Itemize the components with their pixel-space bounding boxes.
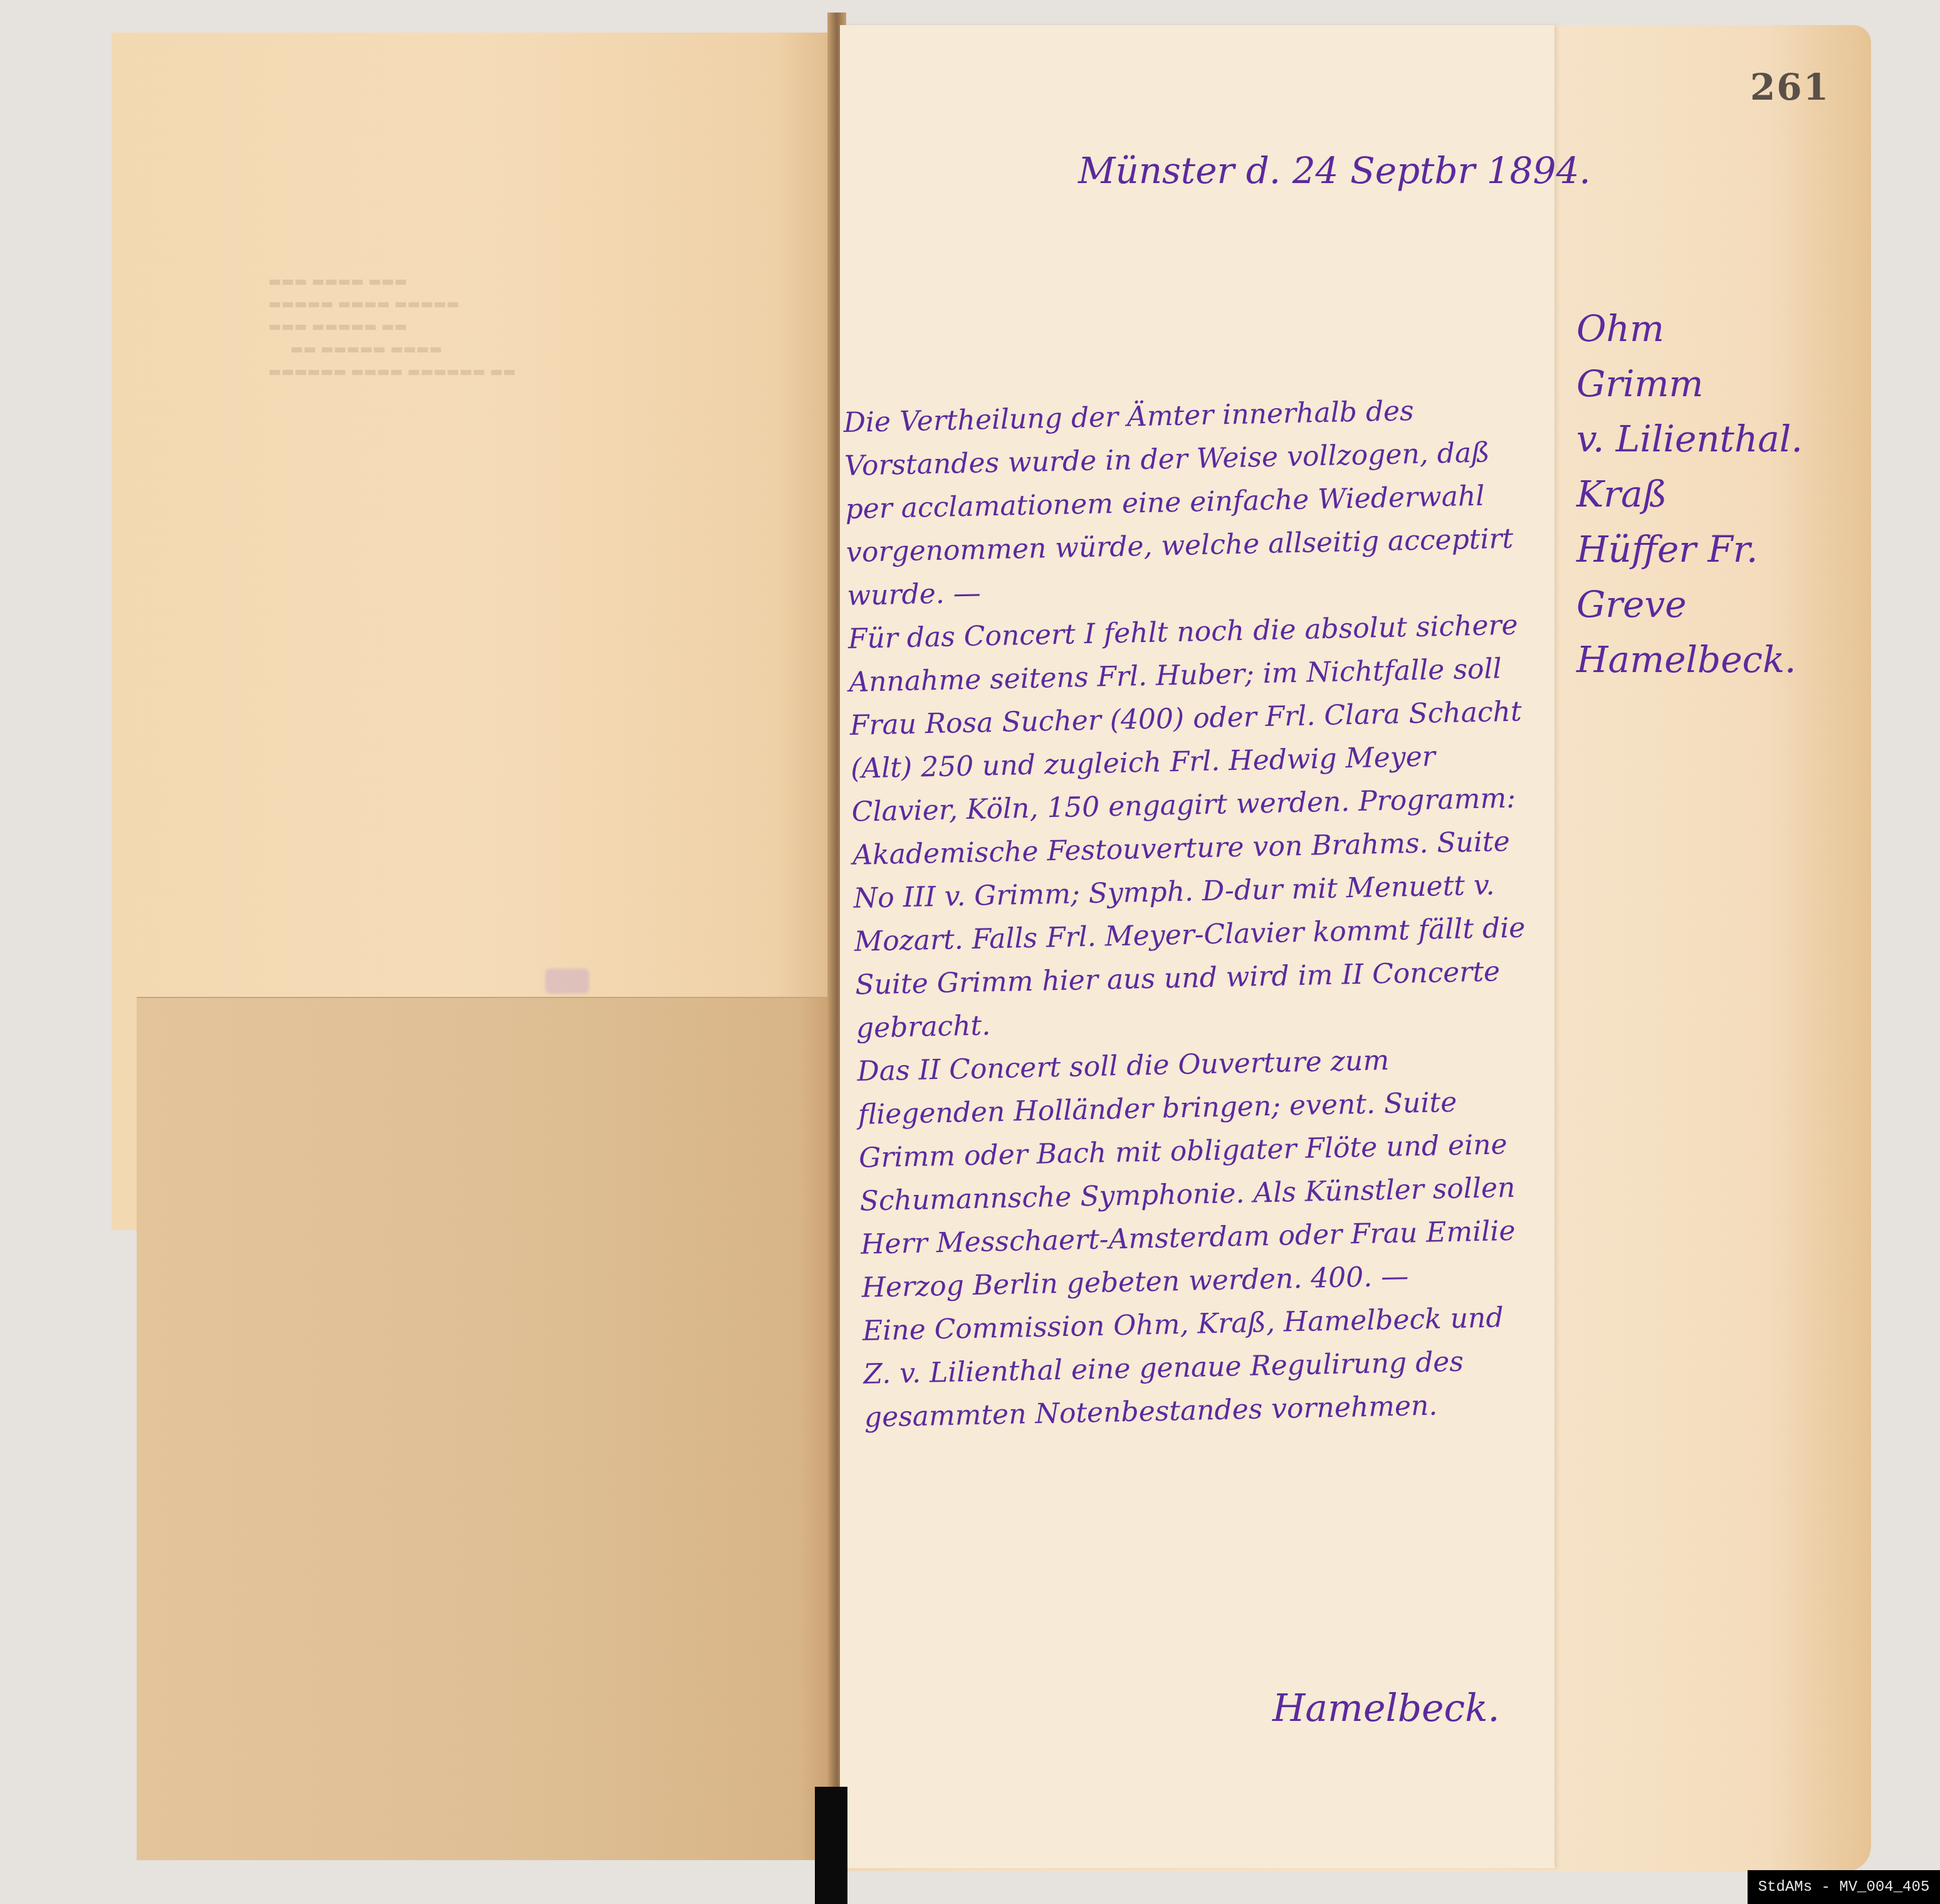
dateline: Münster d. 24 Septbr 1894. [1078, 149, 1591, 192]
bleed-through-text: ▬▬▬ ▬▬▬▬ ▬▬▬▬▬▬▬▬ ▬▬▬▬ ▬▬▬▬▬▬▬▬ ▬▬▬▬▬ ▬▬… [268, 271, 707, 384]
archive-label: StdAMs - MV_004_405 [1748, 1870, 1940, 1904]
page-number: 261 [1750, 66, 1830, 108]
faint-stamp [545, 969, 589, 994]
attendee: Grimm [1576, 356, 1803, 411]
attendee: Hamelbeck. [1576, 632, 1803, 687]
attendee: Hüffer Fr. [1576, 522, 1803, 577]
paragraph-concert-2: Das II Concert soll die Ouverture zum fl… [857, 1036, 1539, 1310]
paragraph-concert-1: Für das Concert I fehlt noch die absolut… [847, 603, 1533, 1049]
attendee: Ohm [1576, 301, 1803, 356]
minutes-body: Die Vertheilung der Ämter innerhalb des … [843, 387, 1541, 1439]
paragraph-commission: Eine Commission Ohm, Kraß, Hamelbeck und… [862, 1295, 1541, 1439]
paragraph-offices: Die Vertheilung der Ämter innerhalb des … [843, 387, 1524, 618]
signature: Hamelbeck. [1272, 1686, 1500, 1730]
left-folded-sheet [137, 997, 834, 1860]
attendees-list: Ohm Grimm v. Lilienthal. Kraß Hüffer Fr.… [1576, 301, 1803, 687]
attendee: v. Lilienthal. [1576, 411, 1803, 466]
attendee: Greve [1576, 577, 1803, 632]
bookmark-ribbon [815, 1787, 847, 1904]
attendee: Kraß [1576, 466, 1803, 522]
